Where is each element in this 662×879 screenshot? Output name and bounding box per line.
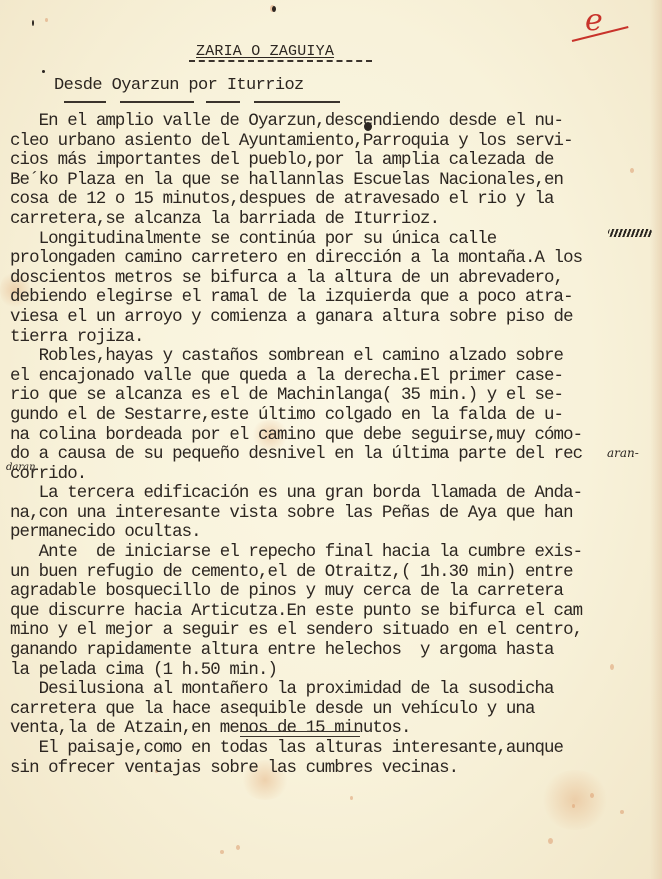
paragraph: El paisaje,como en todas las alturas int… bbox=[10, 739, 582, 778]
text-line: viesa el un arroyo y comienza a ganara a… bbox=[10, 308, 582, 328]
subtitle-underline bbox=[206, 101, 240, 103]
document-page: e ZARIA O ZAGUIYA Desde Oyarzun por Itur… bbox=[0, 0, 662, 879]
text-line: carretera que la hace asequible desde un… bbox=[10, 700, 582, 720]
text-line: agradable bosquecillo de pinos y muy cer… bbox=[10, 582, 582, 602]
document-subtitle: Desde Oyarzun por Iturrioz bbox=[54, 76, 304, 96]
text-line: que discurre hacia Articutza.En este pun… bbox=[10, 602, 582, 622]
foxing-spot bbox=[610, 664, 614, 670]
paragraph: En el amplio valle de Oyarzun,descendien… bbox=[10, 112, 582, 230]
foxing-spot bbox=[220, 850, 224, 854]
subtitle-underline bbox=[120, 101, 194, 103]
text-line: cios más importantes del pueblo,por la a… bbox=[10, 151, 582, 171]
foxing-stain bbox=[540, 770, 610, 830]
text-line: sin ofrecer ventajas sobre las cumbres v… bbox=[10, 759, 582, 779]
text-line: En el amplio valle de Oyarzun,descendien… bbox=[10, 112, 582, 132]
text-line: mino y el mejor a seguir es el sendero s… bbox=[10, 621, 582, 641]
text-line: cosa de 12 o 15 minutos,despues de atrav… bbox=[10, 190, 582, 210]
paragraph: Ante de iniciarse el repecho final hacia… bbox=[10, 543, 582, 680]
subtitle-underline bbox=[254, 101, 340, 103]
handwritten-note-aran: aran- bbox=[607, 447, 639, 459]
text-line: Be´ko Plaza en la que se hallannlas Escu… bbox=[10, 171, 582, 191]
text-line: debiendo elegirse el ramal de la izquier… bbox=[10, 288, 582, 308]
ink-blot bbox=[42, 70, 45, 73]
subtitle-underline bbox=[64, 101, 106, 103]
paragraph: La tercera edificación es una gran borda… bbox=[10, 484, 582, 543]
foxing-spot bbox=[620, 810, 624, 814]
text-line: El paisaje,como en todas las alturas int… bbox=[10, 739, 582, 759]
text-line: tierra rojiza. bbox=[10, 328, 582, 348]
document-title: ZARIA O ZAGUIYA bbox=[196, 42, 334, 62]
ink-blot bbox=[272, 6, 276, 12]
text-line: rio que se alcanza es el de Machinlanga(… bbox=[10, 386, 582, 406]
text-line: un buen refugio de cemento,el de Otraitz… bbox=[10, 563, 582, 583]
title-double-underline bbox=[189, 60, 372, 62]
paragraph: Robles,hayas y castaños sombrean el cami… bbox=[10, 347, 582, 484]
text-line: na colina bordeada por el camino que deb… bbox=[10, 426, 582, 446]
text-line: corrido. bbox=[10, 465, 582, 485]
text-line: Ante de iniciarse el repecho final hacia… bbox=[10, 543, 582, 563]
text-line: doscientos metros se bifurca a la altura… bbox=[10, 269, 582, 289]
handwritten-note-daran: daran bbox=[6, 462, 36, 474]
document-body: En el amplio valle de Oyarzun,descendien… bbox=[10, 112, 582, 778]
text-line: ganando rapidamente altura entre helecho… bbox=[10, 641, 582, 661]
foxing-spot bbox=[236, 845, 240, 850]
text-line: cleo urbano asiento del Ayuntamiento,Par… bbox=[10, 132, 582, 152]
text-line: na,con una interesante vista sobre las P… bbox=[10, 504, 582, 524]
text-line: do a causa de su pequeño desnivel en la … bbox=[10, 445, 582, 465]
foxing-spot bbox=[548, 838, 553, 844]
text-line: permanecido ocultas. bbox=[10, 523, 582, 543]
handwritten-correction-urbana bbox=[608, 229, 652, 237]
text-line: Robles,hayas y castaños sombrean el cami… bbox=[10, 347, 582, 367]
foxing-spot bbox=[350, 796, 353, 800]
red-pencil-mark: e bbox=[585, 6, 603, 36]
paragraph: Longitudinalmente se continúa por su úni… bbox=[10, 230, 582, 348]
text-line: Desilusiona al montañero la proximidad d… bbox=[10, 680, 582, 700]
text-line: el encajonado valle que queda a la derec… bbox=[10, 367, 582, 387]
ink-blot bbox=[32, 20, 34, 26]
text-line: prolongaden camino carretero en direcció… bbox=[10, 249, 582, 269]
foxing-spot bbox=[45, 18, 48, 22]
text-line: la pelada cima (1 h.50 min.) bbox=[10, 661, 582, 681]
text-line: carretera,se alcanza la barriada de Itur… bbox=[10, 210, 582, 230]
text-line: gundo el de Sestarre,este último colgado… bbox=[10, 406, 582, 426]
closing-rule bbox=[240, 731, 360, 737]
text-line: Longitudinalmente se continúa por su úni… bbox=[10, 230, 582, 250]
foxing-spot bbox=[630, 168, 634, 173]
page-edge-shadow bbox=[650, 0, 662, 879]
text-line: La tercera edificación es una gran borda… bbox=[10, 484, 582, 504]
